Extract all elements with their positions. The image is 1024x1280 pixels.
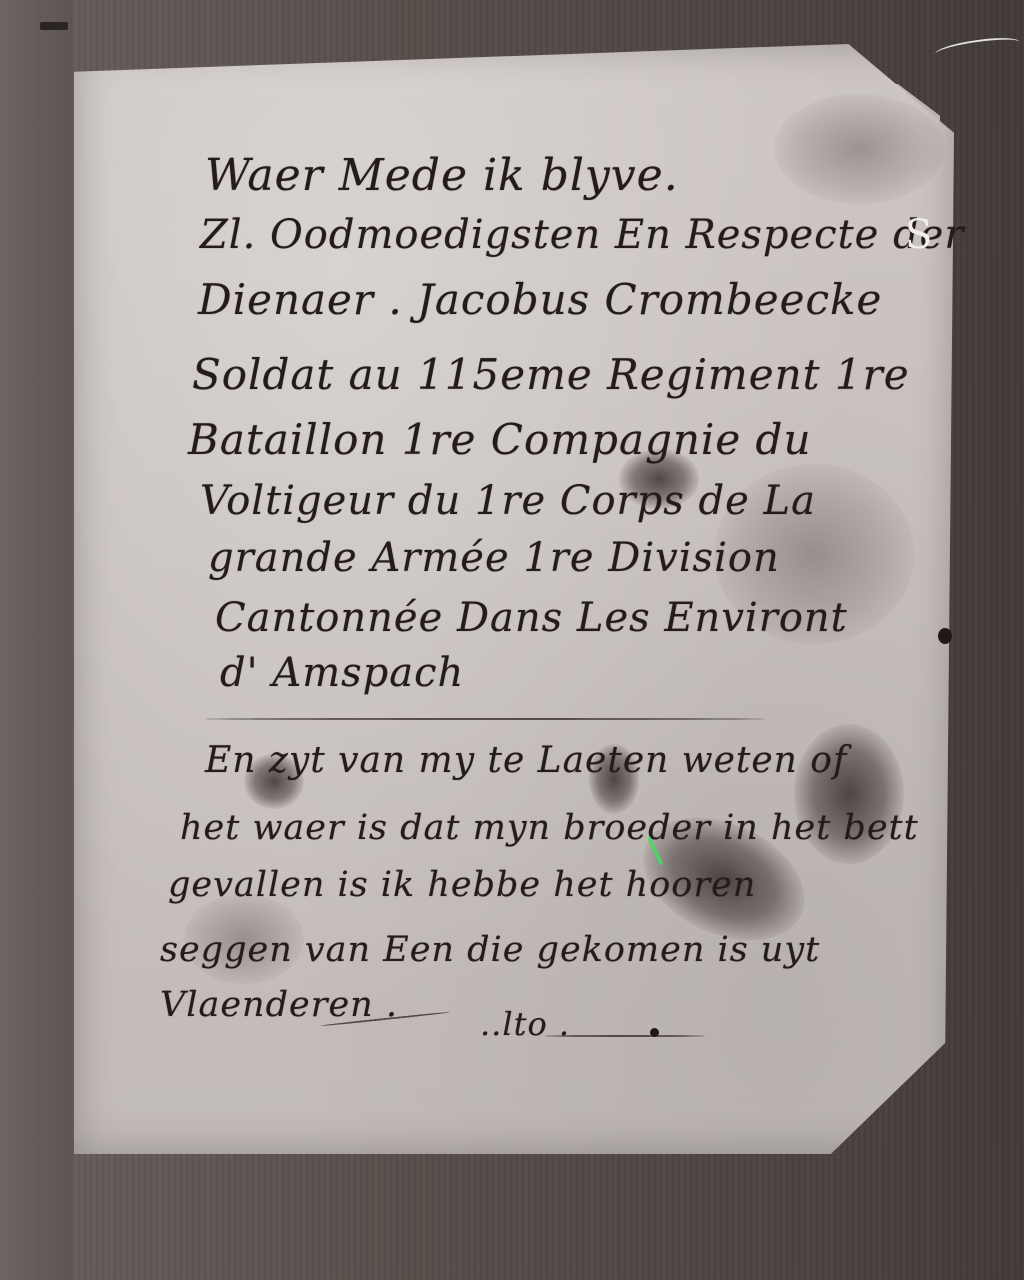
ink-dot [938,628,952,644]
water-stain [714,464,914,644]
water-stain [184,894,304,984]
ink-blot [244,754,304,809]
water-stain [774,94,944,204]
ink-blot [624,793,825,965]
letter-paper [74,44,954,1154]
ink-blot [589,744,639,814]
tape-mark [40,22,68,30]
backdrop-left-strip [0,0,72,1280]
ink-blot [794,724,904,864]
ink-blot [619,449,699,509]
